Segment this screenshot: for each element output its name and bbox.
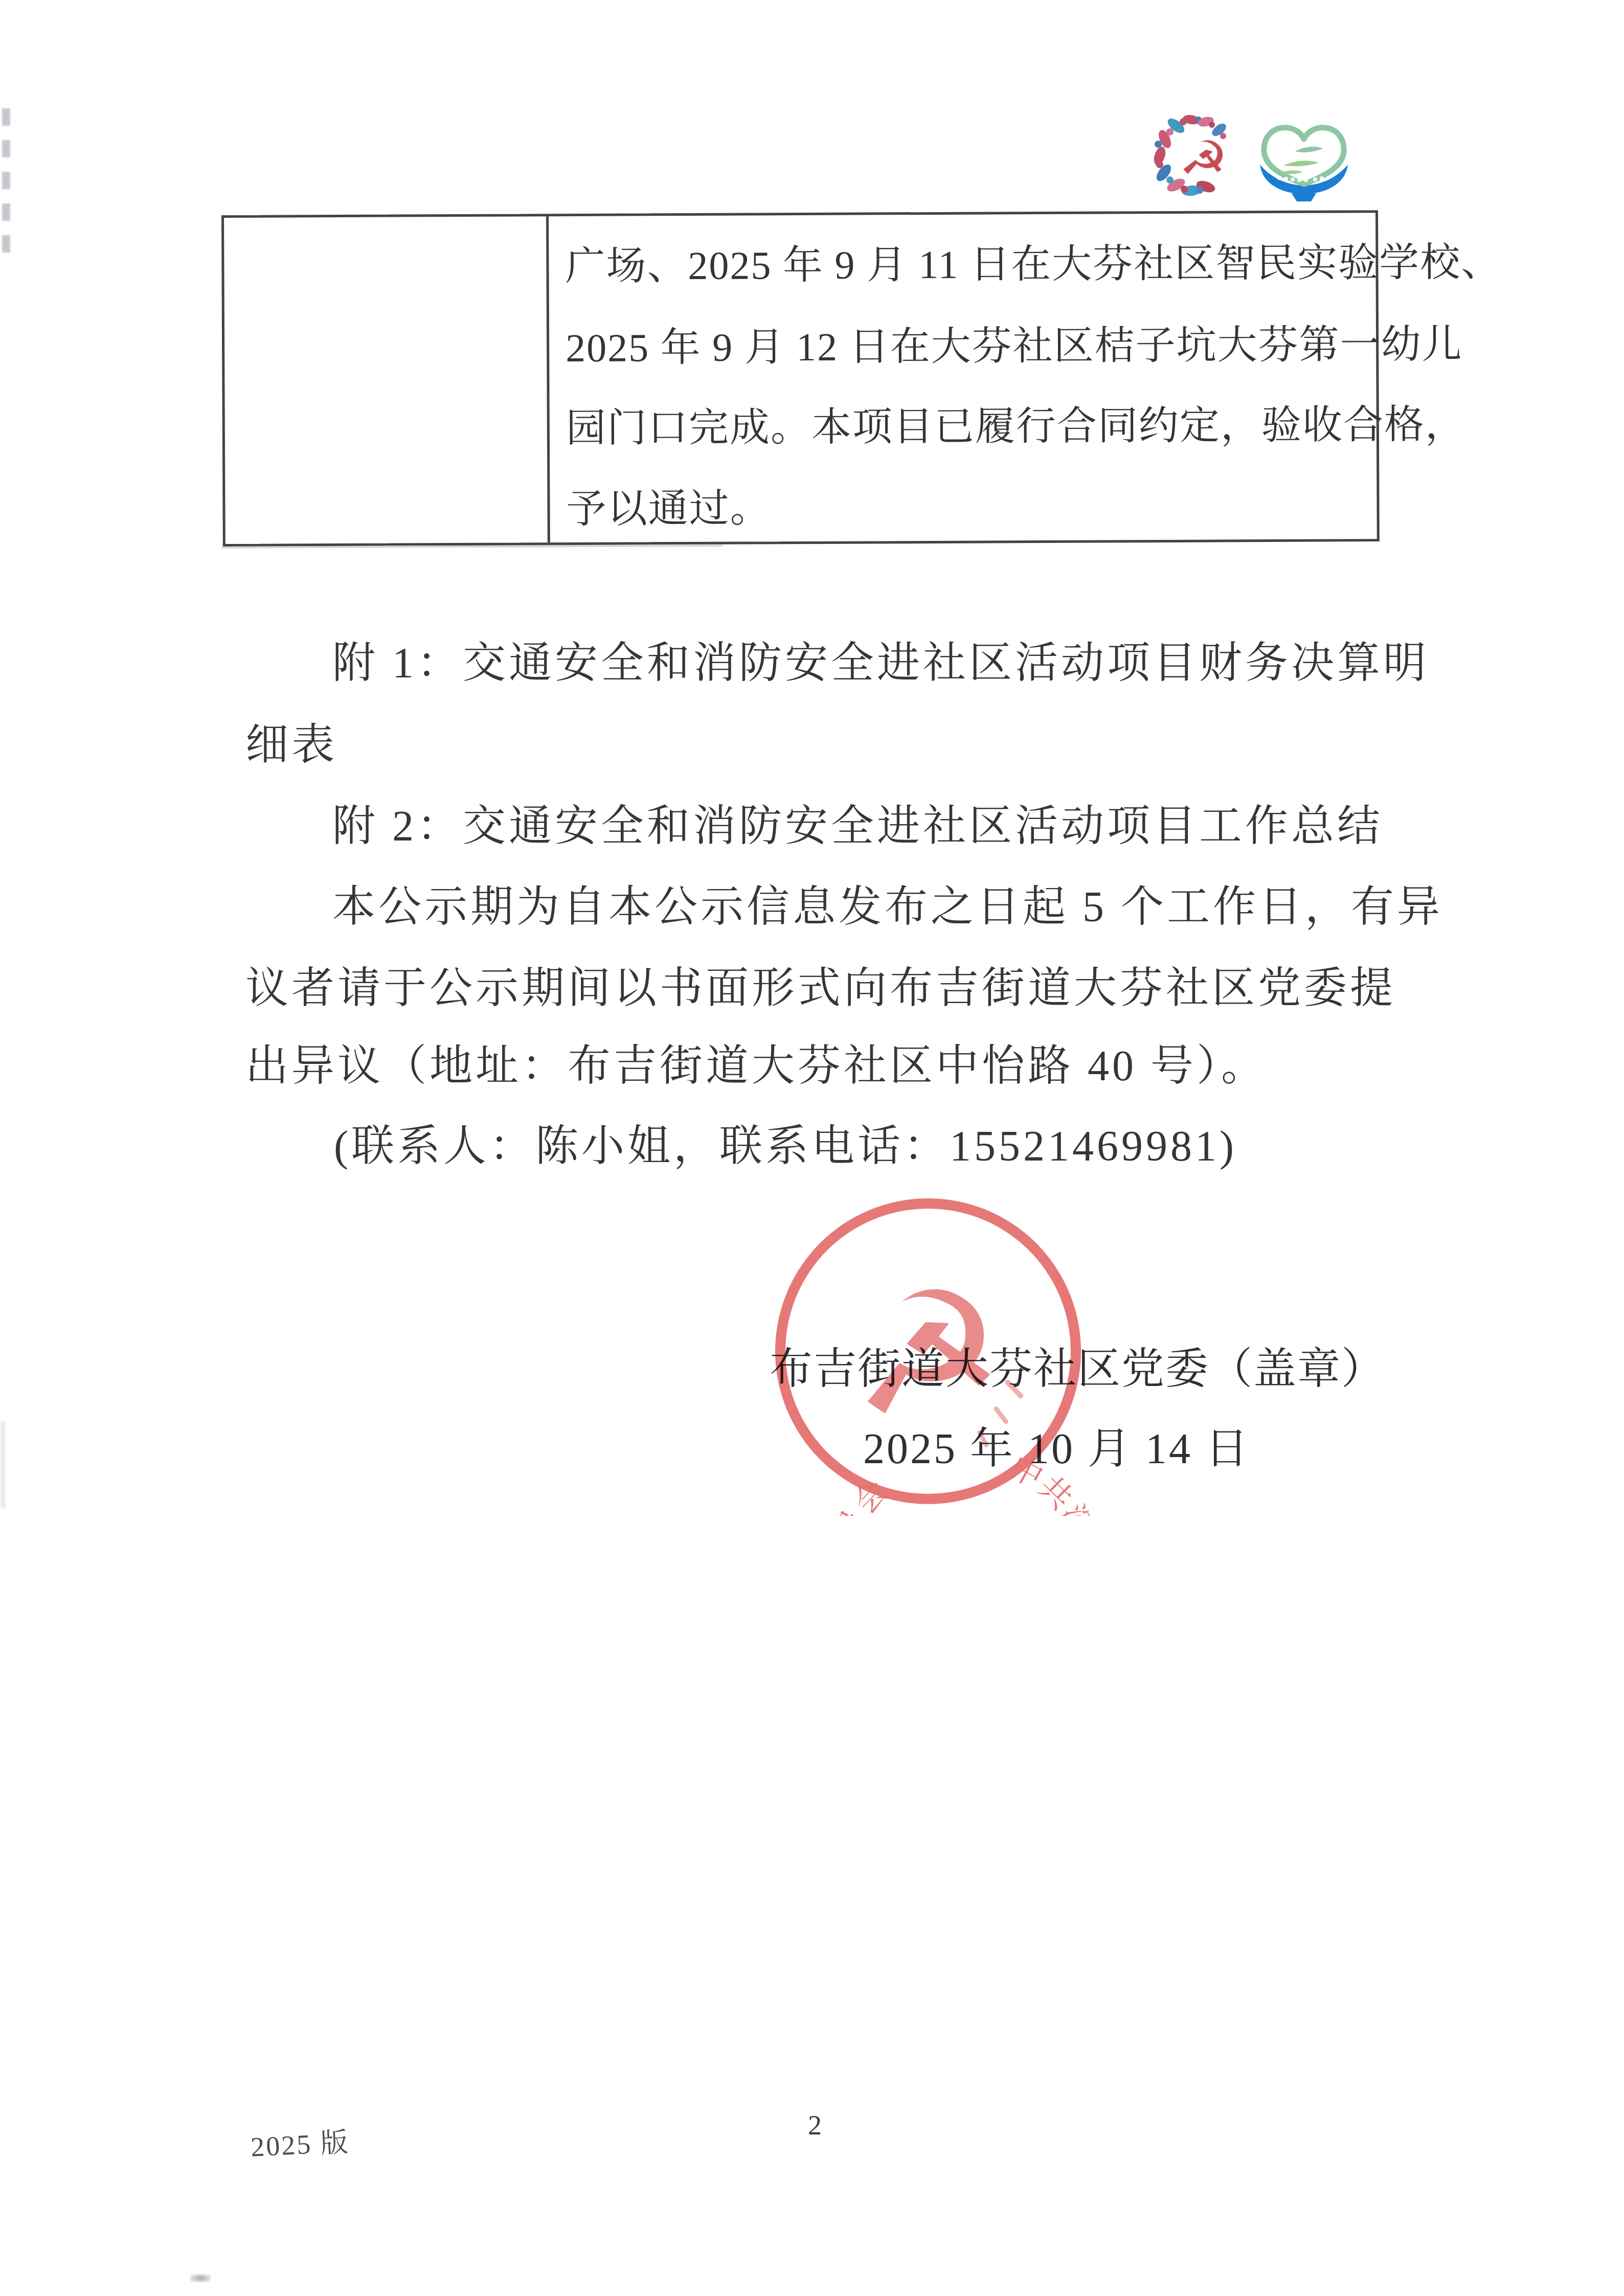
scan-artifact-streak xyxy=(2,108,10,262)
notice-period-cont-line: 议者请于公示期间以书面形式向布吉街道大芬社区党委提 xyxy=(245,953,1396,1025)
objection-address-line: 出异议（地址：布吉街道大芬社区中怡路 40 号）。 xyxy=(245,1031,1267,1102)
table-cell-line: 园门口完成。本项目已履行合同约定，验收合格， xyxy=(566,396,1466,457)
seal-hammer-sickle-emblem: ☭ xyxy=(851,1255,1006,1453)
table-cell-line: 2025 年 9 月 12 日在大芬社区桔子坑大芬第一幼儿 xyxy=(566,316,1463,376)
footer-page-number: 2 xyxy=(808,2109,822,2141)
official-red-seal: 中共深圳市龙岗区布吉街道大芬社区委员会 ☭ xyxy=(756,1194,1100,1516)
scan-artifact-streak xyxy=(1,1421,5,1508)
footer-edition-label: 2025 版 xyxy=(250,2120,350,2165)
attachment2-line: 附 2：交通安全和消防安全进社区活动项目工作总结 xyxy=(332,791,1383,862)
scan-artifact-smudge xyxy=(190,2274,211,2282)
community-care-logo-icon xyxy=(1253,116,1355,202)
table-cell-line: 予以通过。 xyxy=(566,480,771,537)
notice-period-line: 本公示期为自本公示信息发布之日起 5 个工作日，有异 xyxy=(332,872,1443,943)
contact-line: (联系人：陈小姐，联系电话：15521469981) xyxy=(334,1111,1237,1183)
table-left-cell xyxy=(224,216,548,544)
hammer-sickle-glyph: ☭ xyxy=(1176,125,1233,193)
scanned-notice-page: { "table": { "rows": [ { "left_cell": ""… xyxy=(0,0,1624,2296)
attachment1-cont-line: 细表 xyxy=(245,710,337,781)
notice-table: 广场、2025 年 9 月 11 日在大芬社区智民实验学校、 2025 年 9 … xyxy=(221,210,1380,547)
attachment1-line: 附 1：交通安全和消防安全进社区活动项目财务决算明 xyxy=(332,628,1429,699)
party-heart-logo-icon: ☭ xyxy=(1144,107,1239,202)
table-cell-line: 广场、2025 年 9 月 11 日在大芬社区智民实验学校、 xyxy=(565,234,1502,294)
